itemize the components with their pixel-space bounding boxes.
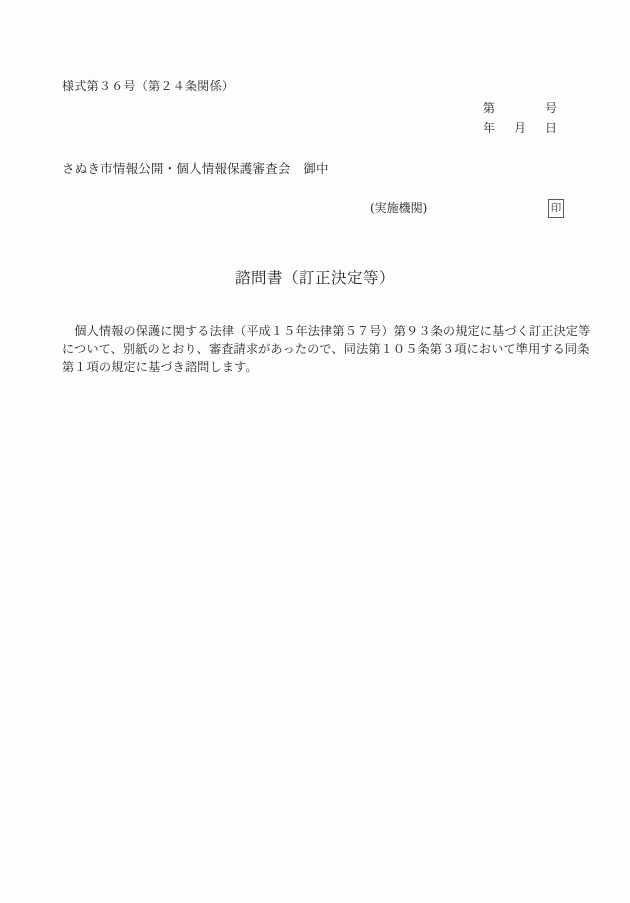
date-line: 年 月 日 <box>483 121 557 141</box>
seal-stamp-box: 印 <box>548 199 564 218</box>
date-month-label: 月 <box>514 121 526 141</box>
form-number: 様式第３６号（第２４条関係） <box>62 80 234 93</box>
addressee-line: さぬき市情報公開・個人情報保護審査会 御中 <box>62 162 329 176</box>
document-page: 様式第３６号（第２４条関係） 第 号 年 月 日 さぬき市情報公開・個人情報保護… <box>0 0 630 903</box>
number-suffix-label: 号 <box>545 101 557 121</box>
body-paragraph: 個人情報の保護に関する法律（平成１５年法律第５７号）第９３条の規定に基づく訂正決… <box>62 322 590 376</box>
number-prefix-label: 第 <box>483 101 495 121</box>
implementing-agency-label: (実施機関) <box>370 201 427 215</box>
date-day-label: 日 <box>545 121 557 141</box>
body-line: 個人情報の保護に関する法律（平成１５年法律第５７号）第９３条の規定に基づく訂正決… <box>62 322 590 340</box>
document-number-block: 第 号 年 月 日 <box>483 101 557 141</box>
document-number-line: 第 号 <box>483 101 557 121</box>
seal-character: 印 <box>551 203 562 214</box>
date-year-label: 年 <box>483 121 495 141</box>
document-title: 諮問書（訂正決定等） <box>0 266 630 288</box>
body-line: について、別紙のとおり、審査請求があったので、同法第１０５条第３項において準用す… <box>62 340 590 358</box>
body-line: 第１項の規定に基づき諮問します。 <box>62 358 590 376</box>
